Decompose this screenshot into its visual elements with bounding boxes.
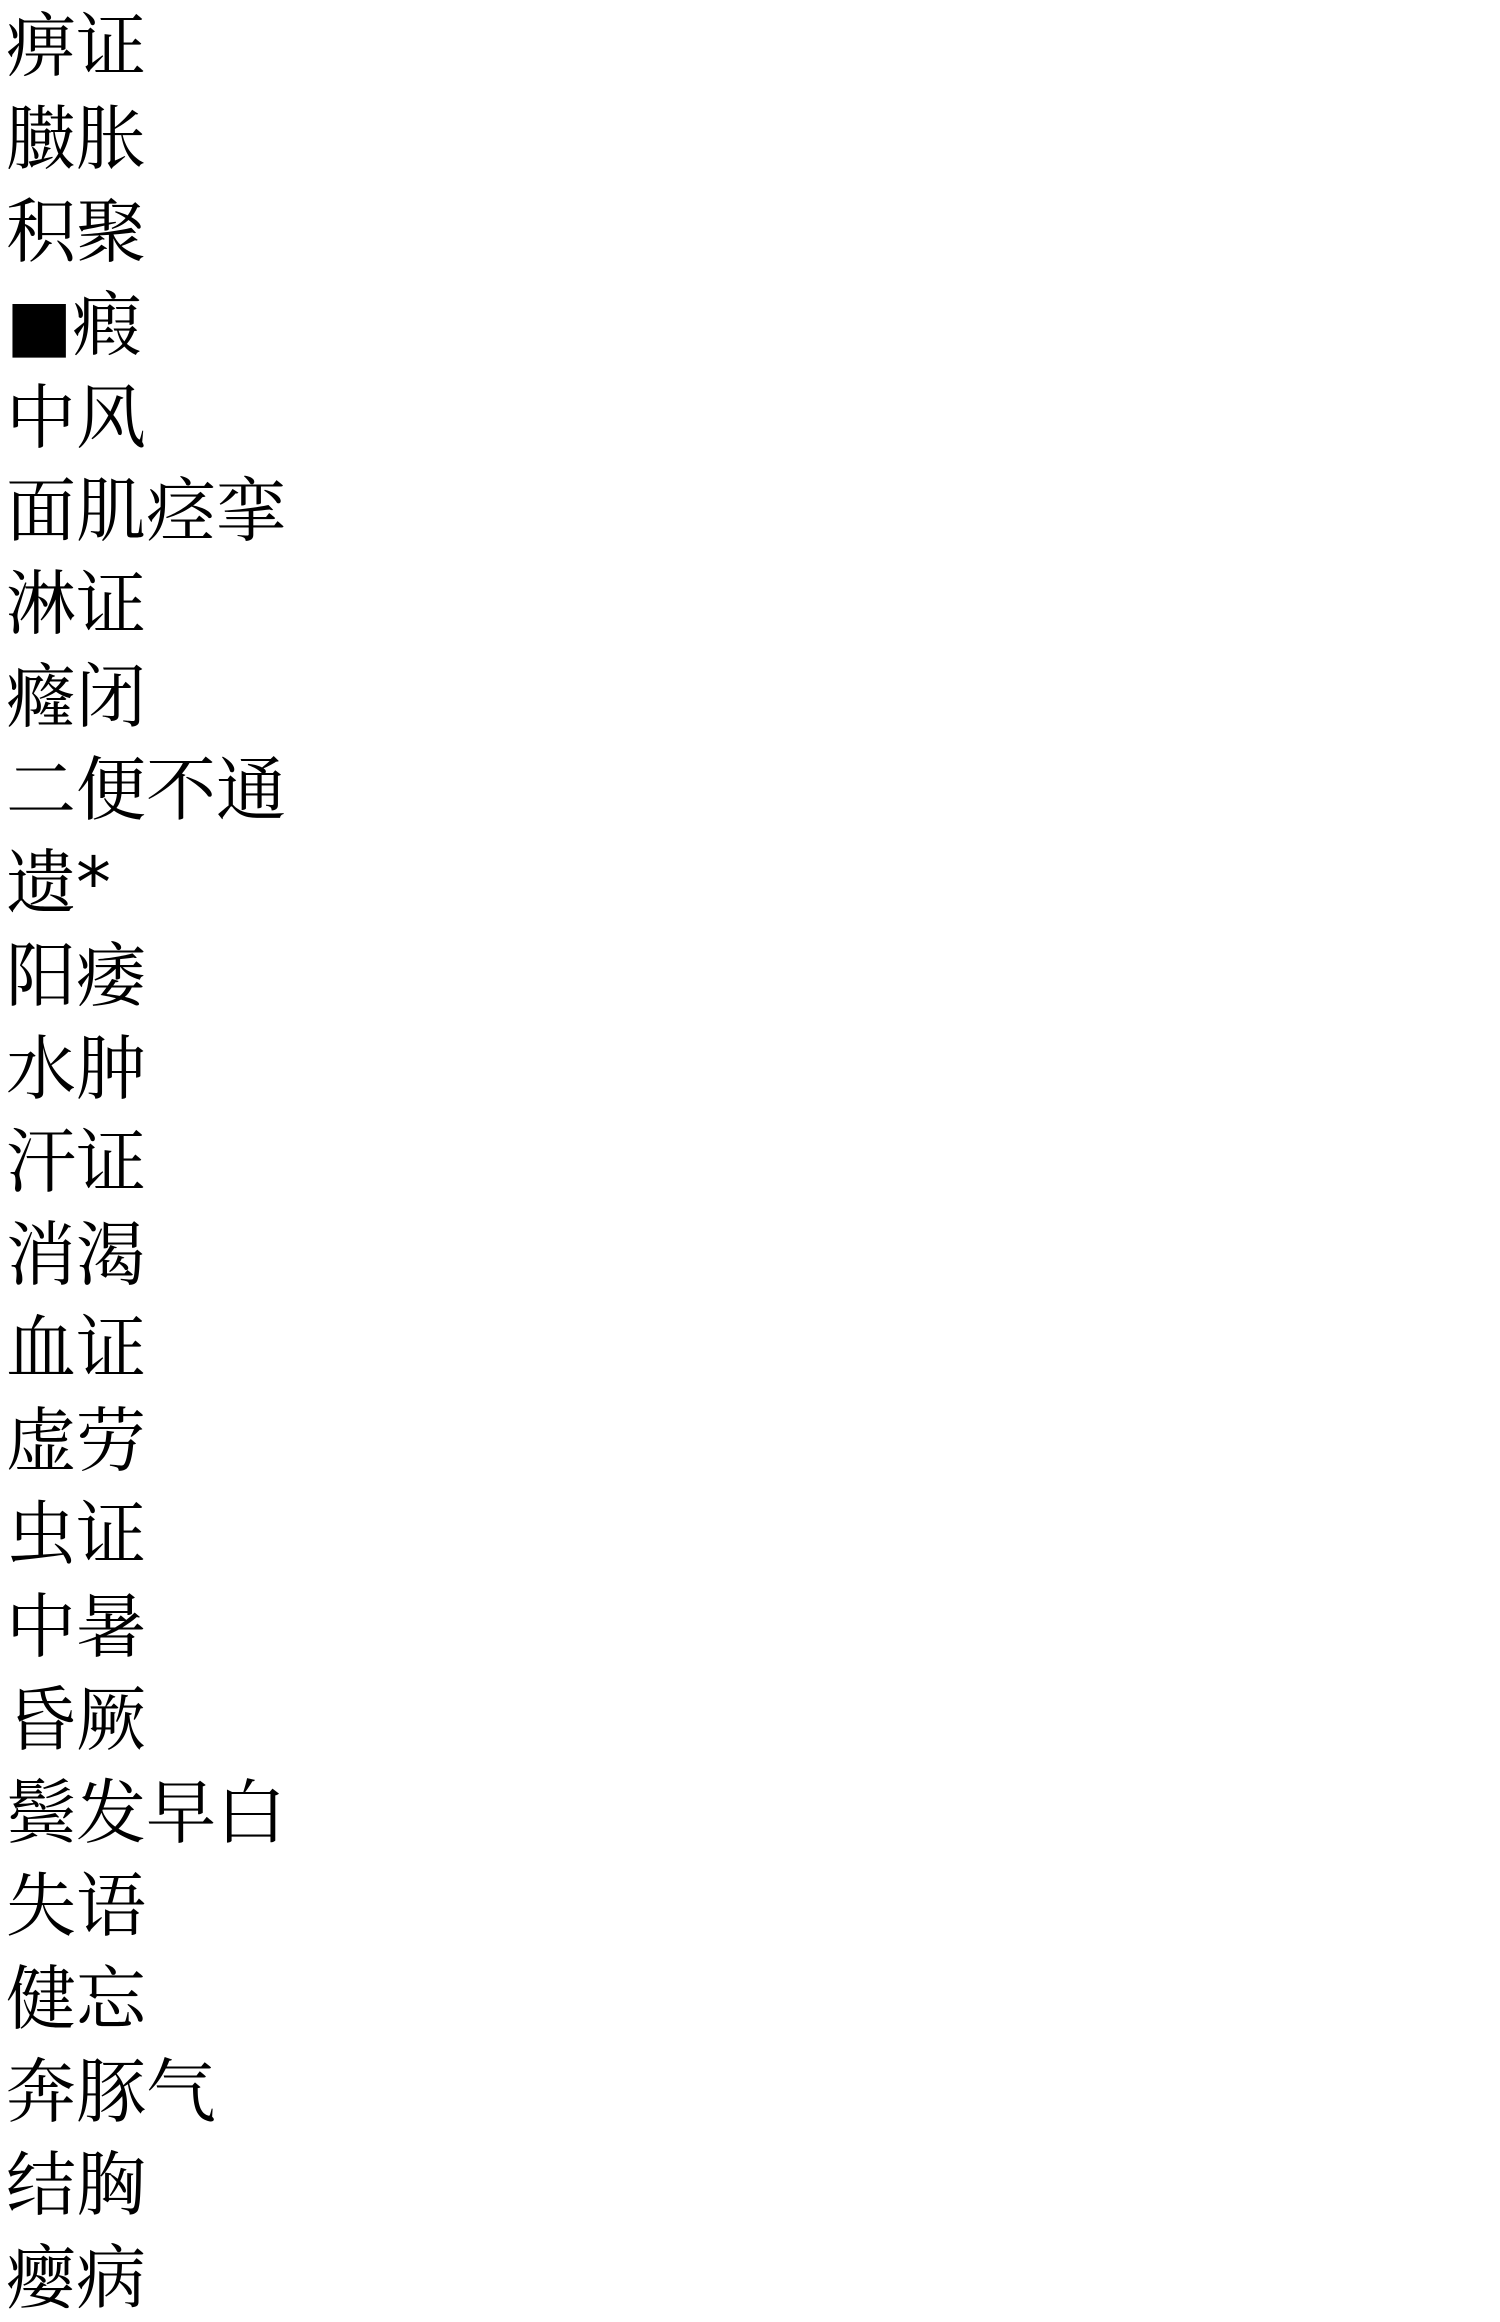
term-item: 鬓发早白: [6, 1767, 1500, 1860]
term-item: 中风: [6, 372, 1500, 465]
term-item: 瘿病: [6, 2232, 1500, 2322]
term-item: ■瘕: [6, 279, 1500, 372]
term-item: 消渴: [6, 1209, 1500, 1302]
term-item: 二便不通: [6, 744, 1500, 837]
document-page: 痹证臌胀积聚■瘕中风面肌痉挛淋证癃闭二便不通遗*阳痿水肿汗证消渴血证虚劳虫证中暑…: [0, 0, 1500, 2322]
term-list: 痹证臌胀积聚■瘕中风面肌痉挛淋证癃闭二便不通遗*阳痿水肿汗证消渴血证虚劳虫证中暑…: [6, 0, 1500, 2322]
term-item: 奔豚气: [6, 2046, 1500, 2139]
term-item: 遗*: [6, 837, 1500, 930]
term-item: 水肿: [6, 1023, 1500, 1116]
term-item: 阳痿: [6, 930, 1500, 1023]
term-item: 面肌痉挛: [6, 465, 1500, 558]
term-item: 汗证: [6, 1116, 1500, 1209]
term-item: 中暑: [6, 1581, 1500, 1674]
term-item: 失语: [6, 1860, 1500, 1953]
term-item: 积聚: [6, 186, 1500, 279]
term-item: 结胸: [6, 2139, 1500, 2232]
term-item: 癃闭: [6, 651, 1500, 744]
term-item: 痹证: [6, 0, 1500, 93]
term-item: 健忘: [6, 1953, 1500, 2046]
term-item: 虫证: [6, 1488, 1500, 1581]
term-item: 虚劳: [6, 1395, 1500, 1488]
term-item: 昏厥: [6, 1674, 1500, 1767]
term-item: 臌胀: [6, 93, 1500, 186]
term-item: 淋证: [6, 558, 1500, 651]
term-item: 血证: [6, 1302, 1500, 1395]
